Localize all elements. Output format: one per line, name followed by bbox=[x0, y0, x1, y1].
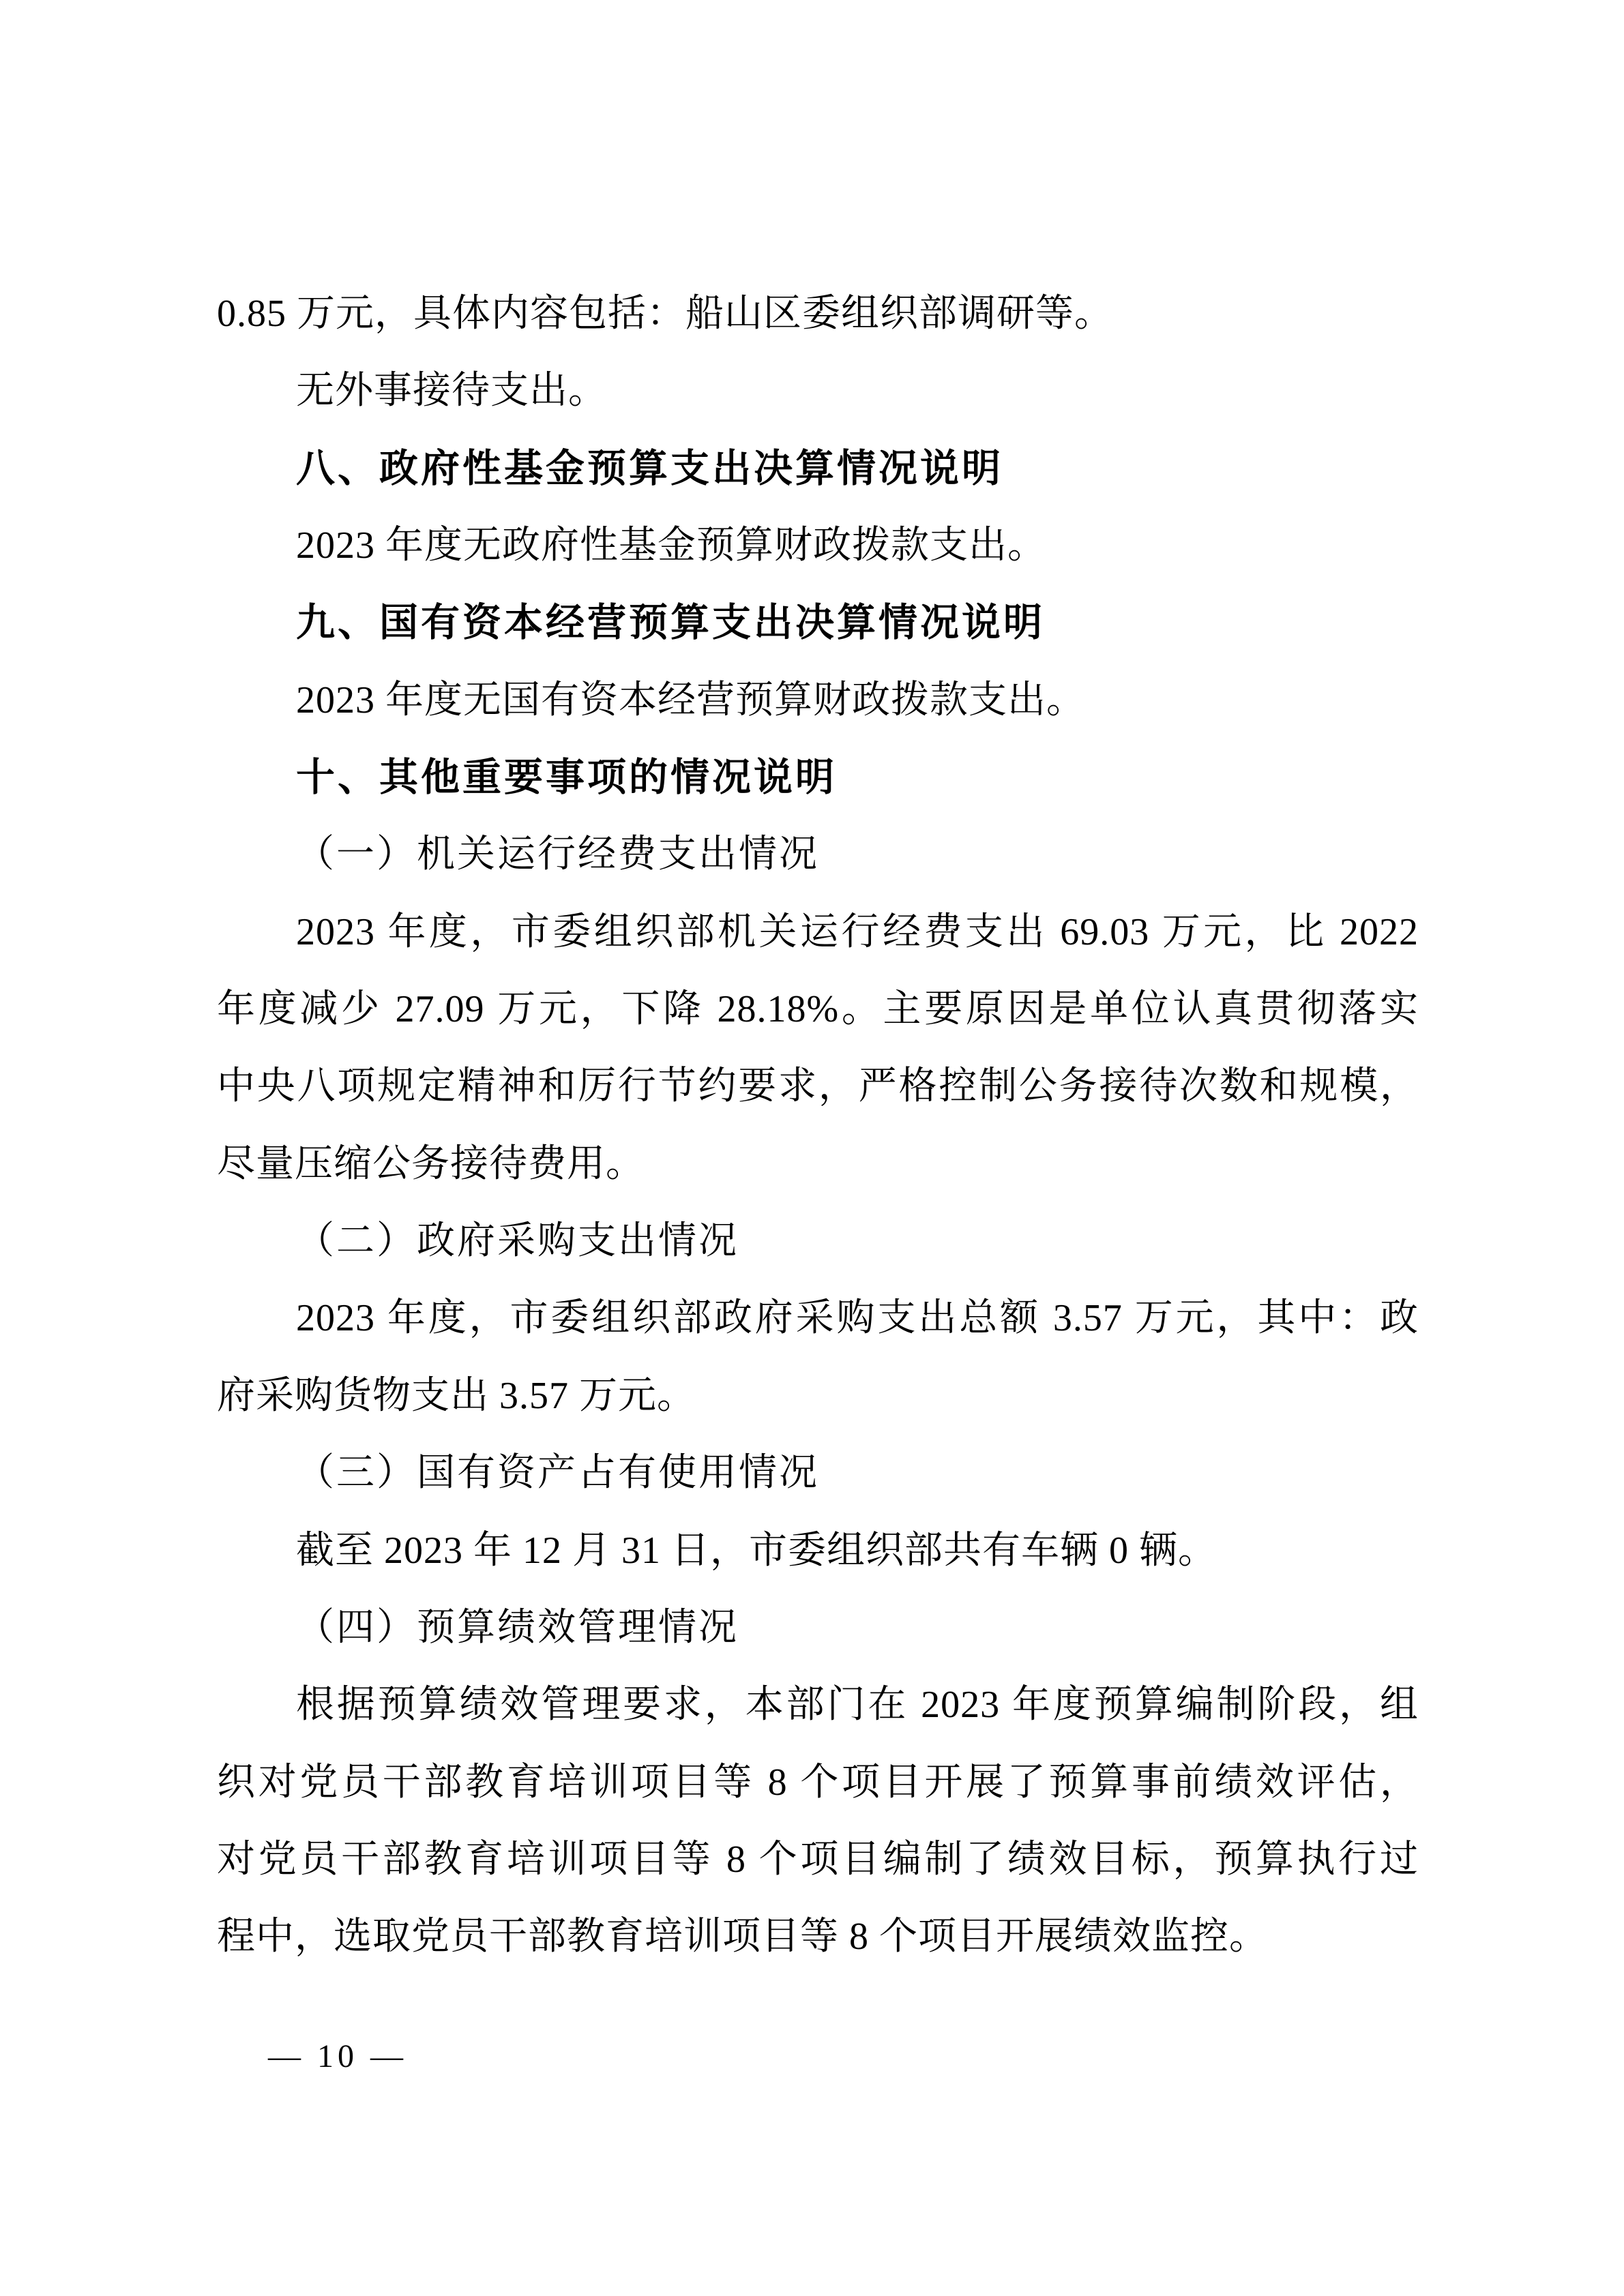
page-number: — 10 — bbox=[268, 2038, 407, 2076]
paragraph-line: 中央八项规定精神和厉行节约要求，严格控制公务接待次数和规模， bbox=[217, 1048, 1419, 1125]
section-heading-10: 十、其他重要事项的情况说明 bbox=[217, 739, 1419, 816]
paragraph-line: 对党员干部教育培训项目等 8 个项目编制了绩效目标，预算执行过 bbox=[217, 1821, 1419, 1898]
section-heading-8: 八、政府性基金预算支出决算情况说明 bbox=[217, 430, 1419, 507]
subsection-heading-3: （三）国有资产占有使用情况 bbox=[217, 1435, 1419, 1512]
paragraph-line: 程中，选取党员干部教育培训项目等 8 个项目开展绩效监控。 bbox=[217, 1898, 1419, 1976]
paragraph-line: 截至 2023 年 12 月 31 日，市委组织部共有车辆 0 辆。 bbox=[217, 1512, 1419, 1590]
paragraph-line: 尽量压缩公务接待费用。 bbox=[217, 1126, 1419, 1203]
paragraph-line: 2023 年度无国有资本经营预算财政拨款支出。 bbox=[217, 662, 1419, 739]
paragraph-line: 无外事接待支出。 bbox=[217, 353, 1419, 430]
subsection-heading-2: （二）政府采购支出情况 bbox=[217, 1203, 1419, 1280]
document-page: 0.85 万元，具体内容包括：船山区委组织部调研等。 无外事接待支出。 八、政府… bbox=[0, 0, 1624, 2296]
paragraph-line: 2023 年度，市委组织部机关运行经费支出 69.03 万元，比 2022 bbox=[217, 894, 1419, 971]
subsection-heading-4: （四）预算绩效管理情况 bbox=[217, 1590, 1419, 1667]
paragraph-line: 织对党员干部教育培训项目等 8 个项目开展了预算事前绩效评估， bbox=[217, 1744, 1419, 1821]
paragraph-line: 2023 年度，市委组织部政府采购支出总额 3.57 万元，其中：政 bbox=[217, 1280, 1419, 1357]
paragraph-line: 2023 年度无政府性基金预算财政拨款支出。 bbox=[217, 507, 1419, 584]
paragraph-line: 府采购货物支出 3.57 万元。 bbox=[217, 1358, 1419, 1435]
paragraph-line: 年度减少 27.09 万元，下降 28.18%。主要原因是单位认真贯彻落实 bbox=[217, 971, 1419, 1048]
document-body: 0.85 万元，具体内容包括：船山区委组织部调研等。 无外事接待支出。 八、政府… bbox=[217, 275, 1419, 1976]
subsection-heading-1: （一）机关运行经费支出情况 bbox=[217, 816, 1419, 893]
paragraph-line: 根据预算绩效管理要求，本部门在 2023 年度预算编制阶段，组 bbox=[217, 1667, 1419, 1744]
paragraph-line: 0.85 万元，具体内容包括：船山区委组织部调研等。 bbox=[217, 275, 1419, 353]
section-heading-9: 九、国有资本经营预算支出决算情况说明 bbox=[217, 584, 1419, 661]
